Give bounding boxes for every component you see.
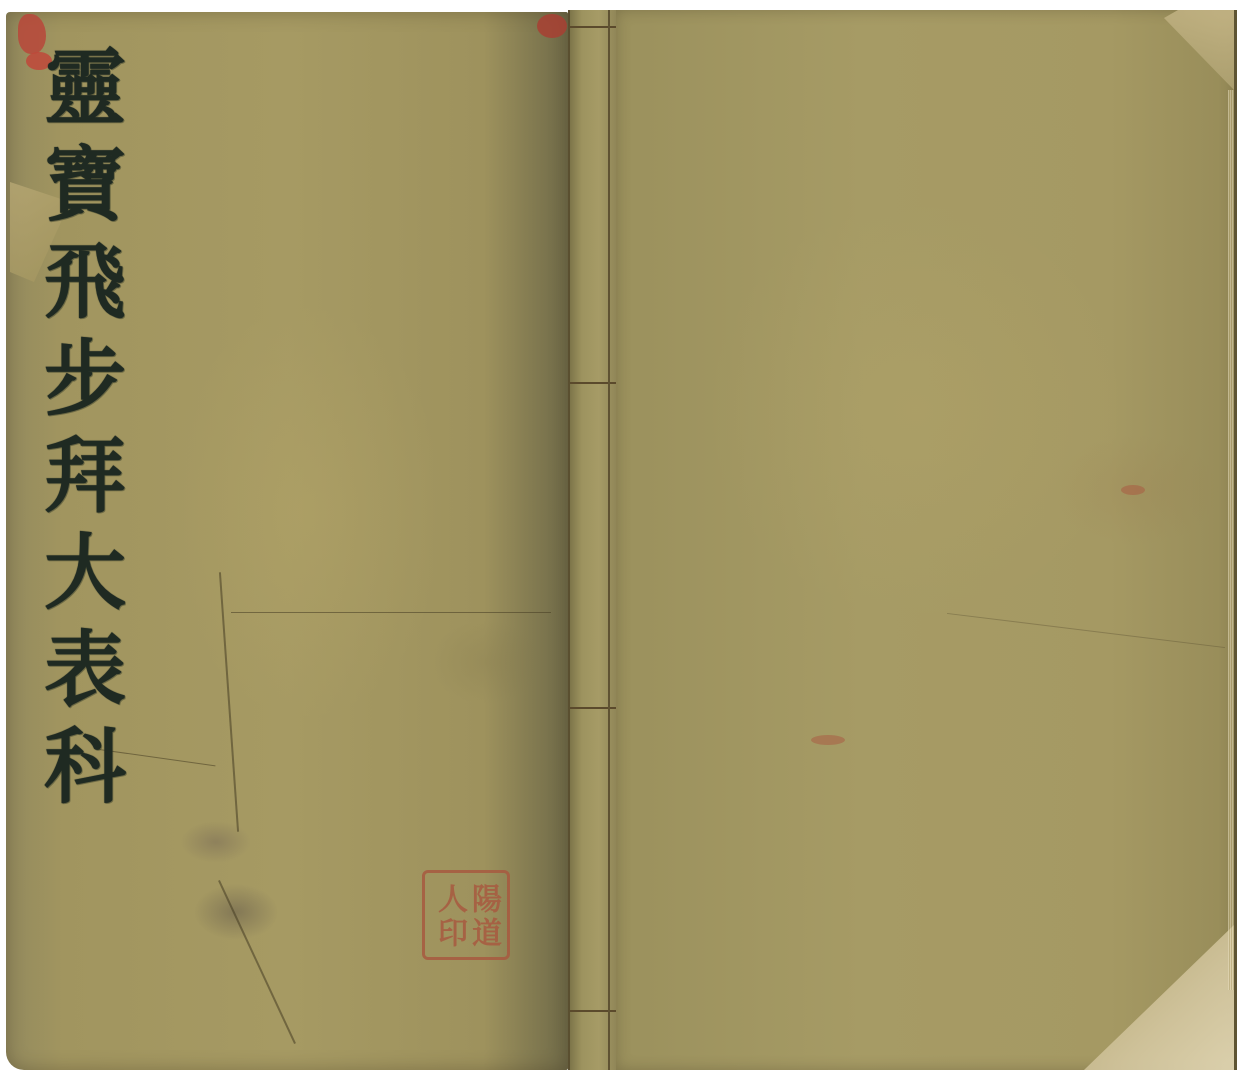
title-char: 飛 <box>44 234 126 331</box>
seal-char: 印 <box>432 917 466 947</box>
binding-thread <box>570 1010 618 1012</box>
seal-char: 道 <box>466 917 500 947</box>
seal-char: 陽 <box>466 883 500 913</box>
torn-corner <box>1164 10 1234 90</box>
crack-line <box>231 612 551 613</box>
spine-fold-line <box>608 10 610 1070</box>
binding-thread <box>570 382 618 384</box>
binding-thread <box>570 707 618 709</box>
book-scan: 靈 寶 飛 步 拜 大 表 科 陽 道 人 印 <box>0 0 1244 1080</box>
crack-line <box>218 880 296 1044</box>
title-char: 靈 <box>44 40 126 137</box>
red-stain <box>1121 485 1145 495</box>
torn-corner <box>1084 925 1234 1070</box>
red-seal-stamp: 陽 道 人 印 <box>422 870 510 960</box>
back-cover <box>616 10 1237 1070</box>
title-char: 寶 <box>44 137 126 234</box>
red-stain <box>811 735 845 745</box>
red-stain <box>537 14 567 38</box>
page-edges <box>1228 90 1234 990</box>
title-char: 科 <box>44 719 126 816</box>
title-char: 大 <box>44 525 126 622</box>
crack-line <box>947 613 1225 648</box>
book-spine <box>568 10 620 1070</box>
title-char: 拜 <box>44 428 126 525</box>
title-char: 表 <box>44 622 126 719</box>
binding-thread <box>570 26 618 28</box>
seal-char: 人 <box>432 883 466 913</box>
book-title: 靈 寶 飛 步 拜 大 表 科 <box>30 40 140 816</box>
title-char: 步 <box>44 331 126 428</box>
